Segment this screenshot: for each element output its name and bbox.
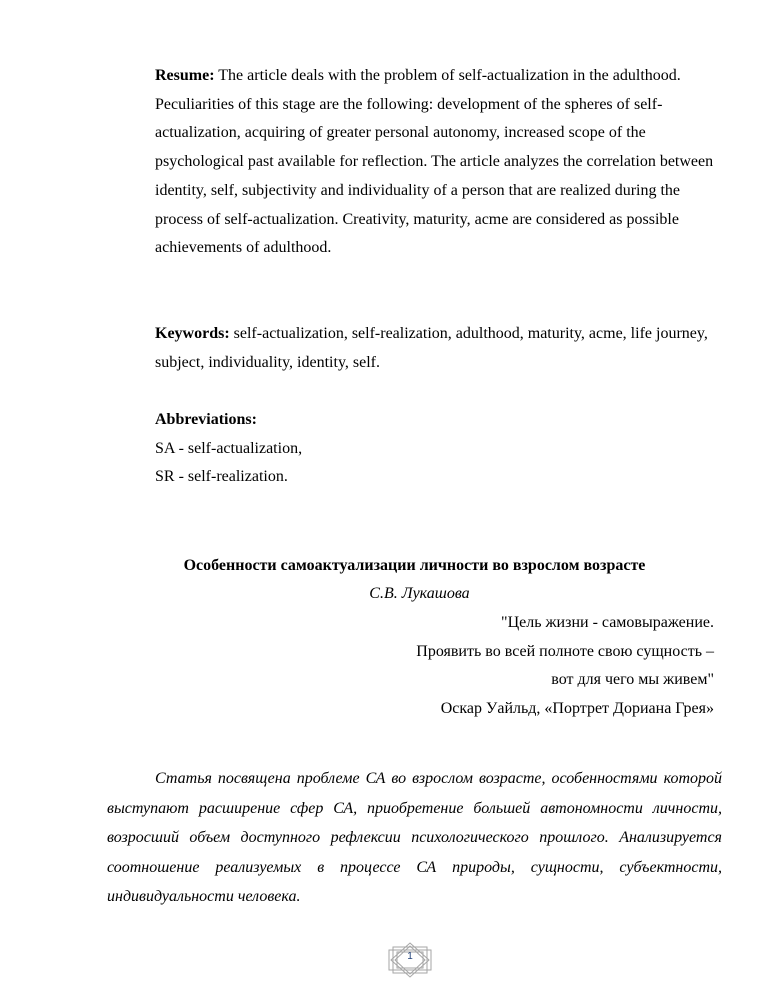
keywords-section: Keywords: self-actualization, self-reali… xyxy=(155,320,715,377)
resume-label: Resume: xyxy=(155,67,215,84)
epigraph-attribution: Оскар Уайльд, «Портрет Дориана Грея» xyxy=(107,695,714,724)
abbreviation-item: SA - self-actualization, xyxy=(155,435,715,464)
article-abstract: Статья посвящена проблеме СА во взрослом… xyxy=(107,764,722,912)
resume-text: The article deals with the problem of se… xyxy=(155,67,713,256)
keywords-paragraph: Keywords: self-actualization, self-reali… xyxy=(155,320,715,377)
epigraph-line: вот для чего мы живем" xyxy=(107,666,714,695)
abbreviations-label: Abbreviations: xyxy=(155,411,257,428)
article-title: Особенности самоактуализации личности во… xyxy=(107,552,722,580)
keywords-label: Keywords: xyxy=(155,325,230,342)
article-author: С.В. Лукашова xyxy=(107,580,722,608)
abbreviation-item: SR - self-realization. xyxy=(155,463,715,492)
page-footer: 1 xyxy=(387,942,433,978)
epigraph-line: Проявить во всей полноте свою сущность – xyxy=(107,638,714,667)
document-page: Resume: The article deals with the probl… xyxy=(0,0,768,994)
epigraph: "Цель жизни - самовыражение. Проявить во… xyxy=(107,609,714,724)
keywords-text: self-actualization, self-realization, ad… xyxy=(155,325,708,371)
epigraph-line: "Цель жизни - самовыражение. xyxy=(107,609,714,638)
page-number: 1 xyxy=(387,951,433,962)
abbreviations-section: Abbreviations: SA - self-actualization, … xyxy=(155,406,715,492)
resume-section: Resume: The article deals with the probl… xyxy=(155,62,715,263)
resume-paragraph: Resume: The article deals with the probl… xyxy=(155,62,715,263)
